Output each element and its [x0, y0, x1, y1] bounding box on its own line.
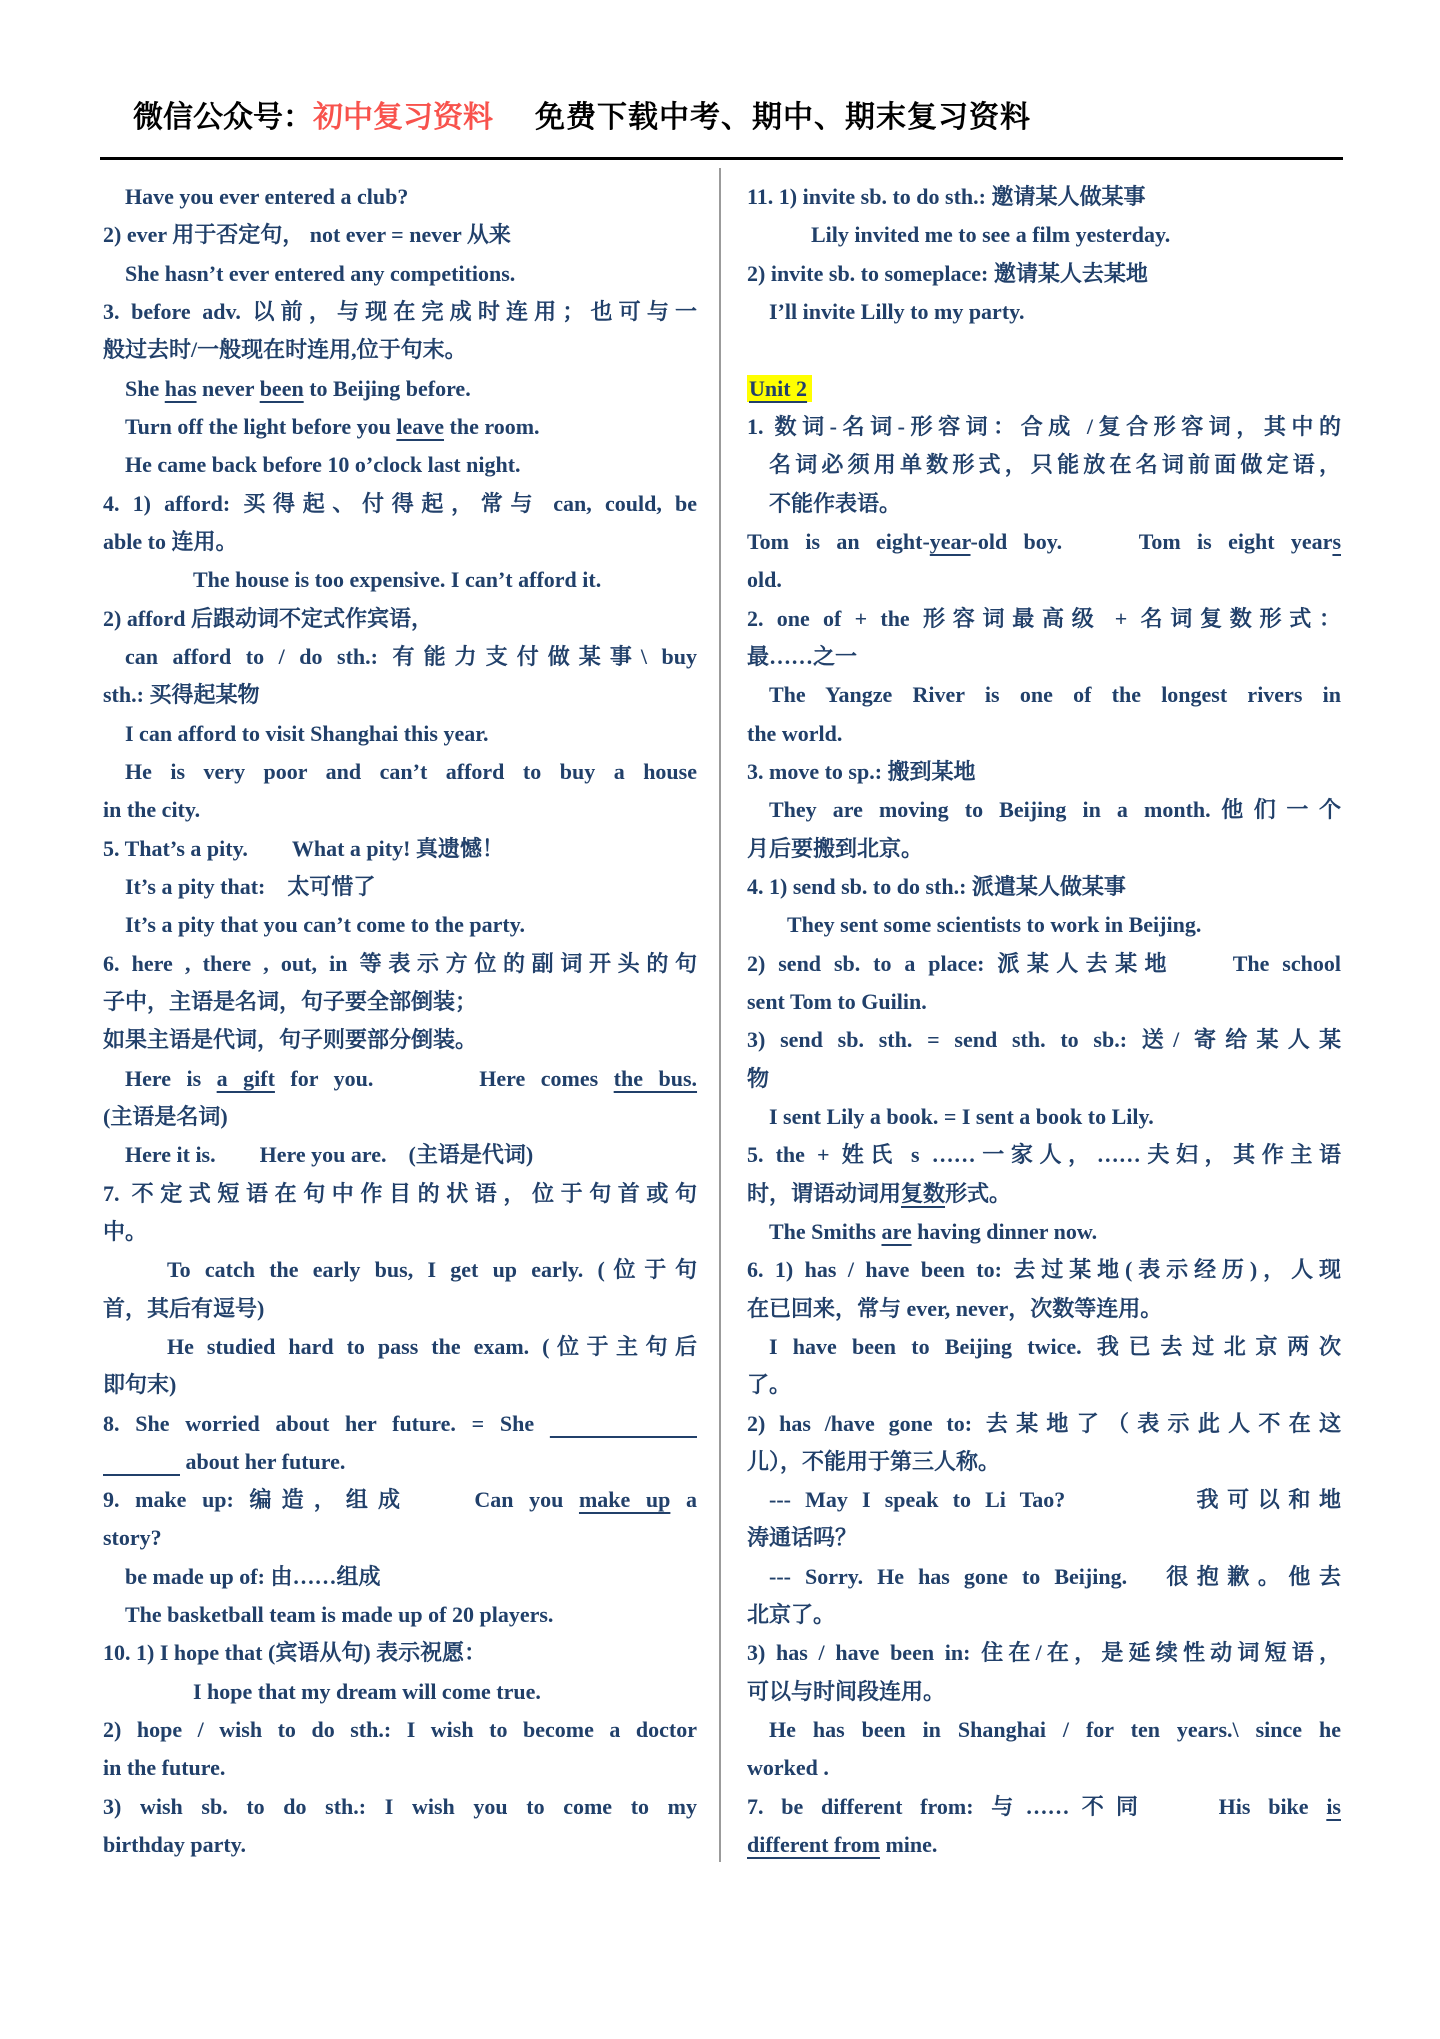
text-line: He studied hard to pass the exam. (位于主句后	[103, 1328, 697, 1366]
text-line: 4. 1) afford: 买得起、付得起，常与 can, could, be	[103, 485, 697, 523]
text-line: To catch the early bus, I get up early. …	[103, 1251, 697, 1289]
text-line: 如果主语是代词，句子则要部分倒装。	[103, 1021, 697, 1059]
text-line: Here is a gift for you. Here comes the b…	[103, 1060, 697, 1098]
text-line: 名词必须用单数形式，只能放在名词前面做定语，	[747, 446, 1341, 484]
text-line: Lily invited me to see a film yesterday.	[747, 216, 1341, 254]
text-line: sent Tom to Guilin.	[747, 983, 1341, 1021]
text-line: --- Sorry. He has gone to Beijing. 很抱歉。他…	[747, 1558, 1341, 1596]
text-segment: sent Tom to Guilin.	[747, 989, 927, 1014]
text-segment: The Yangze River is one of the longest r…	[769, 682, 1341, 707]
text-segment: 形式。	[945, 1181, 1011, 1206]
text-line: worked .	[747, 1749, 1341, 1787]
text-segment: 3. before adv. 以前，与现在完成时连用；也可与一	[103, 299, 697, 324]
text-line: 3. move to sp.: 搬到某地	[747, 753, 1341, 791]
text-line: able to 连用。	[103, 523, 697, 561]
text-segment: To catch the early bus, I get up early. …	[167, 1257, 697, 1282]
text-line: 3) has / have been in: 住在/在，是延续性动词短语，	[747, 1634, 1341, 1672]
text-segment: the room.	[444, 414, 540, 439]
text-line: 儿），不能用于第三人称。	[747, 1443, 1341, 1481]
header-download-note: 免费下载中考、期中、期末复习资料	[535, 101, 1031, 134]
text-line: 2) has /have gone to: 去某地了（表示此人不在这	[747, 1405, 1341, 1443]
text-segment: 了。	[747, 1372, 791, 1397]
text-line: 3) send sb. sth. = send sth. to sb.: 送/ …	[747, 1021, 1341, 1059]
text-line: 3) wish sb. to do sth.: I wish you to co…	[103, 1788, 697, 1826]
text-segment: 2) send sb. to a place: 派某人去某地 The schoo…	[747, 951, 1341, 976]
text-segment: I can afford to visit Shanghai this year…	[125, 721, 488, 746]
text-segment: 首，其后有逗号)	[103, 1296, 264, 1321]
text-segment: in the city.	[103, 797, 200, 822]
text-segment: able to 连用。	[103, 529, 237, 554]
text-line: 11. 1) invite sb. to do sth.: 邀请某人做某事	[747, 178, 1341, 216]
text-line: (主语是名词)	[103, 1098, 697, 1136]
text-segment: worked .	[747, 1755, 829, 1780]
text-line: 在已回来，常与 ever, never，次数等连用。	[747, 1290, 1341, 1328]
text-line: I can afford to visit Shanghai this year…	[103, 715, 697, 753]
text-segment: never	[197, 376, 260, 401]
text-segment: year	[930, 529, 971, 554]
text-line: different from mine.	[747, 1826, 1341, 1864]
text-segment: 名词必须用单数形式，只能放在名词前面做定语，	[769, 452, 1341, 477]
text-segment: 6. 1) has / have been to: 去过某地(表示经历)，人现	[747, 1257, 1341, 1282]
text-line: 北京了。	[747, 1596, 1341, 1634]
text-segment: 2. one of + the 形容词最高级 + 名词复数形式：	[747, 606, 1341, 631]
text-segment: Lily invited me to see a film yesterday.	[811, 222, 1170, 247]
text-segment: I’ll invite Lilly to my party.	[769, 299, 1024, 324]
header-wechat-label: 微信公众号：	[133, 101, 313, 134]
text-segment: different from	[747, 1832, 880, 1857]
text-segment: 物	[747, 1066, 769, 1091]
text-segment: 在已回来，常与 ever, never，次数等连用。	[747, 1296, 1162, 1321]
text-line: 物	[747, 1060, 1341, 1098]
text-line: 10. 1) I hope that (宾语从句) 表示祝愿：	[103, 1634, 697, 1672]
text-line: 中。	[103, 1213, 697, 1251]
text-line: 子中，主语是名词，句子要全部倒装；	[103, 983, 697, 1021]
text-segment: It’s a pity that you can’t come to the p…	[125, 912, 525, 937]
text-line: Unit 2	[747, 370, 1341, 408]
text-segment: She hasn’t ever entered any competitions…	[125, 261, 515, 286]
text-line: It’s a pity that you can’t come to the p…	[103, 906, 697, 944]
text-segment: Have you ever entered a club?	[125, 184, 408, 209]
text-segment: 4. 1) send sb. to do sth.: 派遣某人做某事	[747, 874, 1126, 899]
text-segment: I sent Lily a book. = I sent a book to L…	[769, 1104, 1154, 1129]
text-segment: s	[1332, 529, 1341, 554]
text-segment: 儿），不能用于第三人称。	[747, 1449, 1000, 1474]
text-line: Here it is. Here you are. (主语是代词)	[103, 1136, 697, 1174]
text-line: I sent Lily a book. = I sent a book to L…	[747, 1098, 1341, 1136]
text-line: 了。	[747, 1366, 1341, 1404]
text-line: 2) hope / wish to do sth.: I wish to bec…	[103, 1711, 697, 1749]
text-segment: I hope that my dream will come true.	[193, 1679, 541, 1704]
text-line: 5. That’s a pity. What a pity! 真遗憾！	[103, 830, 697, 868]
text-line: the world.	[747, 715, 1341, 753]
text-line: can afford to / do sth.: 有能力支付做某事\ buy	[103, 638, 697, 676]
text-segment: Here it is. Here you are. (主语是代词)	[125, 1142, 533, 1167]
text-line: 月后要搬到北京。	[747, 830, 1341, 868]
text-line: old.	[747, 561, 1341, 599]
text-line: She hasn’t ever entered any competitions…	[103, 255, 697, 293]
text-segment: 3. move to sp.: 搬到某地	[747, 759, 976, 784]
text-line: in the future.	[103, 1749, 697, 1787]
text-segment: 北京了。	[747, 1602, 835, 1627]
text-line: I hope that my dream will come true.	[103, 1673, 697, 1711]
text-segment: Turn off the light before you	[125, 414, 396, 439]
text-line: 不能作表语。	[747, 485, 1341, 523]
text-segment: 即句末)	[103, 1372, 176, 1397]
text-segment: 9. make up: 编造，组成 Can you	[103, 1487, 579, 1512]
text-segment: 3) send sb. sth. = send sth. to sb.: 送/ …	[747, 1027, 1341, 1052]
text-line: 7. 不定式短语在句中作目的状语，位于句首或句	[103, 1175, 697, 1213]
text-line: The basketball team is made up of 20 pla…	[103, 1596, 697, 1634]
text-segment: 11. 1) invite sb. to do sth.: 邀请某人做某事	[747, 184, 1145, 209]
text-line: 8. She worried about her future. = She	[103, 1405, 697, 1443]
text-segment: (主语是名词)	[103, 1104, 228, 1129]
text-segment: He came back before 10 o’clock last nigh…	[125, 452, 521, 477]
text-segment: 复数	[901, 1181, 945, 1206]
text-line: 2) send sb. to a place: 派某人去某地 The schoo…	[747, 945, 1341, 983]
text-segment: They sent some scientists to work in Bei…	[787, 912, 1201, 937]
text-line: be made up of: 由……组成	[103, 1558, 697, 1596]
text-line: 2) afford 后跟动词不定式作宾语，	[103, 600, 697, 638]
text-segment: He studied hard to pass the exam. (位于主句后	[167, 1334, 697, 1359]
text-segment: 1. 数词-名词-形容词：合成 /复合形容词，其中的	[747, 414, 1341, 439]
text-segment: are	[881, 1219, 911, 1244]
text-line: They sent some scientists to work in Bei…	[747, 906, 1341, 944]
text-segment: leave	[396, 414, 444, 439]
text-segment: for you. Here comes	[275, 1066, 614, 1091]
text-segment: make up	[579, 1487, 670, 1512]
text-segment: 3) has / have been in: 住在/在，是延续性动词短语，	[747, 1640, 1341, 1665]
text-line: The Yangze River is one of the longest r…	[747, 676, 1341, 714]
text-segment: been	[260, 376, 304, 401]
text-segment: 2) hope / wish to do sth.: I wish to bec…	[103, 1717, 697, 1742]
text-line: I’ll invite Lilly to my party.	[747, 293, 1341, 331]
text-segment: 不能作表语。	[769, 491, 901, 516]
text-segment: She	[125, 376, 165, 401]
text-segment	[103, 1449, 180, 1474]
text-segment: 5. the + 姓氏 s ……一家人，……夫妇，其作主语	[747, 1142, 1341, 1167]
text-line: 2) invite sb. to someplace: 邀请某人去某地	[747, 255, 1341, 293]
text-segment: a gift	[217, 1066, 275, 1091]
text-segment: can afford to / do sth.: 有能力支付做某事\ buy	[125, 644, 697, 669]
text-line: It’s a pity that: 太可惜了	[103, 868, 697, 906]
text-line: 6. 1) has / have been to: 去过某地(表示经历)，人现	[747, 1251, 1341, 1289]
text-line: 2. one of + the 形容词最高级 + 名词复数形式：	[747, 600, 1341, 638]
text-segment: to Beijing before.	[304, 376, 471, 401]
text-line: 5. the + 姓氏 s ……一家人，……夫妇，其作主语	[747, 1136, 1341, 1174]
text-segment: He has been in Shanghai / for ten years.…	[769, 1717, 1341, 1742]
text-line: He is very poor and can’t afford to buy …	[103, 753, 697, 791]
text-segment: 7. 不定式短语在句中作目的状语，位于句首或句	[103, 1181, 697, 1206]
text-segment: has	[165, 376, 197, 401]
header-rule	[100, 157, 1343, 160]
text-segment: 中。	[103, 1219, 147, 1244]
text-segment: 最……之一	[747, 644, 857, 669]
text-segment: They are moving to Beijing in a month.他们…	[769, 797, 1341, 822]
left-column: Have you ever entered a club?2) ever 用于否…	[103, 178, 697, 1864]
text-line: They are moving to Beijing in a month.他们…	[747, 791, 1341, 829]
text-segment: 般过去时/一般现在时连用,位于句末。	[103, 337, 467, 362]
text-segment: 如果主语是代词，句子则要部分倒装。	[103, 1027, 477, 1052]
text-segment: in the future.	[103, 1755, 225, 1780]
text-segment: sth.: 买得起某物	[103, 682, 259, 707]
blank-line	[747, 331, 1341, 369]
text-segment: having dinner now.	[912, 1219, 1097, 1244]
text-segment: The basketball team is made up of 20 pla…	[125, 1602, 553, 1627]
text-segment: story?	[103, 1525, 162, 1550]
text-line: story?	[103, 1519, 697, 1557]
text-line: 最……之一	[747, 638, 1341, 676]
column-divider	[719, 168, 721, 1862]
text-segment: mine.	[880, 1832, 937, 1857]
text-line: 4. 1) send sb. to do sth.: 派遣某人做某事	[747, 868, 1341, 906]
text-line: 可以与时间段连用。	[747, 1673, 1341, 1711]
text-segment: I have been to Beijing twice. 我已去过北京两次	[769, 1334, 1341, 1359]
text-line: --- May I speak to Li Tao? 我可以和地	[747, 1481, 1341, 1519]
text-segment: It’s a pity that: 太可惜了	[125, 874, 375, 899]
page-header: 微信公众号：初中复习资料免费下载中考、期中、期末复习资料	[133, 92, 1031, 136]
text-segment	[550, 1411, 697, 1436]
text-line: 7. be different from: 与……不同 His bike is	[747, 1788, 1341, 1826]
text-segment: 2) has /have gone to: 去某地了（表示此人不在这	[747, 1411, 1341, 1436]
text-line: 1. 数词-名词-形容词：合成 /复合形容词，其中的	[747, 408, 1341, 446]
text-line: The Smiths are having dinner now.	[747, 1213, 1341, 1251]
text-line: I have been to Beijing twice. 我已去过北京两次	[747, 1328, 1341, 1366]
unit-heading: Unit 2	[747, 375, 812, 402]
text-segment: -old boy. Tom is eight year	[971, 529, 1333, 554]
text-segment: 月后要搬到北京。	[747, 836, 923, 861]
text-segment: The house is too expensive. I can’t affo…	[193, 567, 601, 592]
text-segment: He is very poor and can’t afford to buy …	[125, 759, 697, 784]
text-line: 3. before adv. 以前，与现在完成时连用；也可与一	[103, 293, 697, 331]
text-segment: 6. here , there , out, in 等表示方位的副词开头的句	[103, 951, 697, 976]
text-segment: 子中，主语是名词，句子要全部倒装；	[103, 989, 477, 1014]
header-brand-name: 初中复习资料	[313, 101, 493, 134]
text-segment: 3) wish sb. to do sth.: I wish you to co…	[103, 1794, 697, 1819]
text-segment: the bus.	[614, 1066, 697, 1091]
text-line: 时，谓语动词用复数形式。	[747, 1175, 1341, 1213]
text-line: 2) ever 用于否定句， not ever = never 从来	[103, 216, 697, 254]
text-segment: 可以与时间段连用。	[747, 1679, 945, 1704]
text-line: Tom is an eight-year-old boy. Tom is eig…	[747, 523, 1341, 561]
text-line: 9. make up: 编造，组成 Can you make up a	[103, 1481, 697, 1519]
text-segment: Here is	[125, 1066, 217, 1091]
text-segment: 涛通话吗？	[747, 1525, 857, 1550]
text-line: Have you ever entered a club?	[103, 178, 697, 216]
text-line: 涛通话吗？	[747, 1519, 1341, 1557]
text-line: The house is too expensive. I can’t affo…	[103, 561, 697, 599]
text-segment: 10. 1) I hope that (宾语从句) 表示祝愿：	[103, 1640, 486, 1665]
text-line: He has been in Shanghai / for ten years.…	[747, 1711, 1341, 1749]
text-line: birthday party.	[103, 1826, 697, 1864]
text-line: She has never been to Beijing before.	[103, 370, 697, 408]
document-page: 微信公众号：初中复习资料免费下载中考、期中、期末复习资料 Have you ev…	[0, 0, 1440, 2039]
text-segment: Tom is an eight-	[747, 529, 930, 554]
text-segment: old.	[747, 567, 782, 592]
text-line: Turn off the light before you leave the …	[103, 408, 697, 446]
text-segment: 5. That’s a pity. What a pity! 真遗憾！	[103, 836, 504, 861]
text-segment: 时，谓语动词用	[747, 1181, 901, 1206]
text-segment: 8. She worried about her future. = She	[103, 1411, 550, 1436]
right-column: 11. 1) invite sb. to do sth.: 邀请某人做某事Lil…	[747, 178, 1341, 1864]
text-segment: birthday party.	[103, 1832, 246, 1857]
text-segment: a	[670, 1487, 697, 1512]
text-line: 6. here , there , out, in 等表示方位的副词开头的句	[103, 945, 697, 983]
text-segment: is	[1326, 1794, 1341, 1819]
text-segment: 2) afford 后跟动词不定式作宾语，	[103, 606, 433, 631]
text-line: 即句末)	[103, 1366, 697, 1404]
text-line: in the city.	[103, 791, 697, 829]
text-segment: 2) invite sb. to someplace: 邀请某人去某地	[747, 261, 1148, 286]
text-segment: the world.	[747, 721, 842, 746]
text-segment: about her future.	[180, 1449, 345, 1474]
text-segment: be made up of: 由……组成	[125, 1564, 380, 1589]
text-segment: --- Sorry. He has gone to Beijing. 很抱歉。他…	[769, 1564, 1341, 1589]
text-segment: --- May I speak to Li Tao? 我可以和地	[769, 1487, 1341, 1512]
text-line: 首，其后有逗号)	[103, 1290, 697, 1328]
text-segment: 2) ever 用于否定句， not ever = never 从来	[103, 222, 511, 247]
text-line: sth.: 买得起某物	[103, 676, 697, 714]
text-segment: 4. 1) afford: 买得起、付得起，常与 can, could, be	[103, 491, 697, 516]
text-line: 般过去时/一般现在时连用,位于句末。	[103, 331, 697, 369]
text-line: He came back before 10 o’clock last nigh…	[103, 446, 697, 484]
text-line: about her future.	[103, 1443, 697, 1481]
text-segment: The Smiths	[769, 1219, 881, 1244]
text-segment: 7. be different from: 与……不同 His bike	[747, 1794, 1326, 1819]
